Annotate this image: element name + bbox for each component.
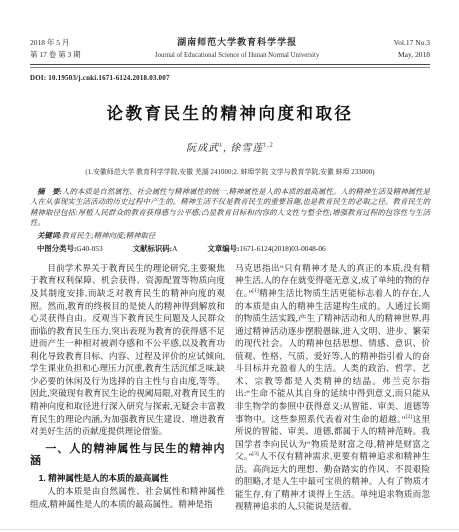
left-column: 目前学术界关于教育民生的理论研究,主要聚焦于教育权利保障、机会获得、资源配置等物…	[30, 262, 225, 530]
keywords-line: 关键词:教育民生;精神向度;精神取径	[30, 231, 430, 241]
authors-line: 阮成武1, 徐雪莲1,2	[30, 139, 430, 154]
affiliation-line: (1.安徽师范大学 教育科学学院,安徽 芜湖 241000;2. 蚌埠学院 文学…	[30, 166, 430, 176]
abstract-label: 摘 要:	[37, 187, 62, 196]
doi-line: DOI: 10.19503/j.cnki.1671-6124.2018.03.0…	[30, 74, 430, 82]
clc-number: 中图分类号:G40-053	[37, 244, 103, 254]
journal-name-en: Journal of Educational Science of Hunan …	[81, 50, 394, 62]
right-paragraph: 马克思指出“只有精神才是人的真正的本质,没有精神生活,人的存在就变得毫无意义,成…	[235, 262, 430, 513]
header-date-en: May, 2018	[394, 49, 430, 61]
header-date-cn: 2018 年 5 月	[30, 37, 81, 49]
body-columns: 目前学术界关于教育民生的理论研究,主要聚焦于教育权利保障、机会获得、资源配置等物…	[30, 262, 430, 530]
journal-header: 2018 年 5 月 第 17 卷 第 3 期 湖南师范大学教育科学学报 Jou…	[30, 37, 430, 61]
page: 2018 年 5 月 第 17 卷 第 3 期 湖南师范大学教育科学学报 Jou…	[0, 0, 459, 532]
section-1-1-heading: 1. 精神属性是人的本质的最高属性	[30, 472, 225, 485]
abstract-block: 摘 要:人的本质是自然属性、社会属性与精神属性的统一,精神属性是人的本质的最高属…	[30, 187, 430, 229]
scanned-paper-page: { "header": { "left_line1": "2018 年 5 月"…	[0, 0, 459, 532]
header-vol-date: Vol.17 No.3 May, 2018	[394, 37, 430, 60]
keywords-text: 教育民生;精神向度;精神取径	[62, 231, 156, 240]
keywords-label: 关键词:	[37, 231, 62, 240]
header-vol-no-en: Vol.17 No.3	[394, 37, 430, 49]
article-title: 论教育民生的精神向度和取径	[30, 100, 430, 124]
article-id: 文章编号:1671-6124(2018)03-0048-06	[207, 244, 325, 254]
header-issue-info: 2018 年 5 月 第 17 卷 第 3 期	[30, 37, 81, 60]
section-1-heading: 一、人的精神属性与民生的精神内涵	[30, 443, 225, 468]
document-code: 文献标识码:A	[133, 244, 178, 254]
header-journal-name: 湖南师范大学教育科学学报 Journal of Educational Scie…	[81, 37, 394, 61]
meta-line: 中图分类号:G40-053 文献标识码:A 文章编号:1671-6124(201…	[30, 244, 430, 254]
journal-name-cn: 湖南师范大学教育科学学报	[81, 37, 394, 49]
header-rule	[30, 64, 430, 68]
abstract-text: 人的本质是自然属性、社会属性与精神属性的统一,精神属性是人的本质的最高属性。人的…	[30, 187, 430, 227]
intro-paragraph: 目前学术界关于教育民生的理论研究,主要聚焦于教育权利保障、机会获得、资源配置等物…	[30, 262, 225, 438]
left-last-paragraph: 人的本质是由自然属性、社会属性和精神属性组成,精神属性是人的本质的最高属性。精神…	[30, 485, 225, 510]
right-column: 马克思指出“只有精神才是人的真正的本质,没有精神生活,人的存在就变得毫无意义,成…	[235, 262, 430, 530]
header-volume-cn: 第 17 卷 第 3 期	[30, 49, 81, 61]
scan-bottom-edge	[0, 529, 459, 530]
